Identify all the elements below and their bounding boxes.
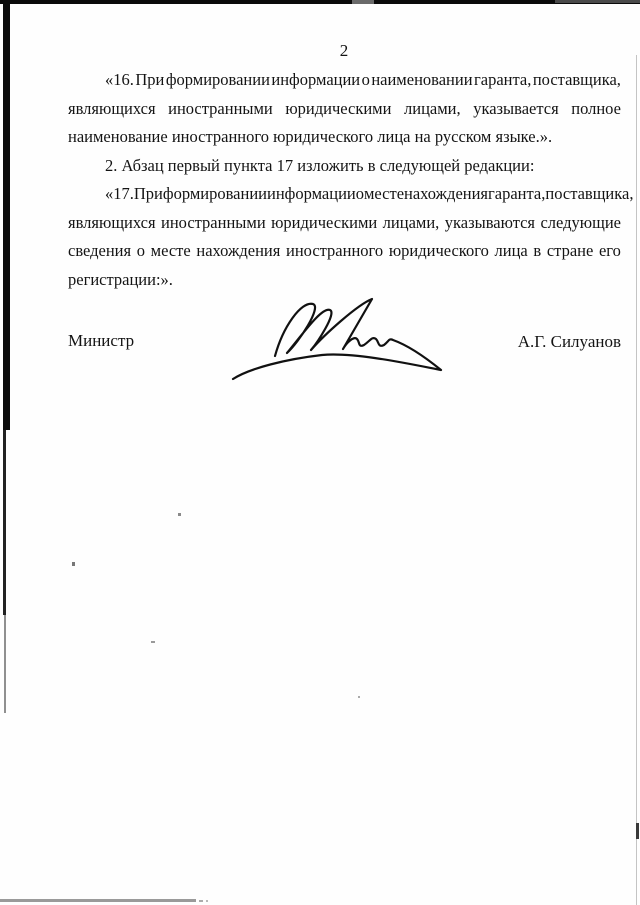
scan-artifact [358, 696, 360, 698]
text-line: 2. Абзац первый пункта 17 изложить в сле… [68, 152, 621, 181]
scan-artifact [178, 513, 181, 516]
document-body: «16.Приформированииинформациионаименован… [68, 66, 621, 294]
scan-border-right [636, 55, 637, 905]
scan-artifact [206, 900, 208, 902]
scan-border-bottom [0, 899, 196, 902]
scan-border-top-fade [352, 0, 374, 4]
text-line: «16.Приформированииинформациионаименован… [68, 66, 621, 95]
scan-artifact [636, 823, 639, 839]
page-number: 2 [0, 41, 640, 61]
scan-border-top-fade [555, 0, 640, 3]
scan-border-left-fade [4, 615, 6, 713]
document-page: 2 «16.Приформированииинформациионаименов… [0, 0, 640, 905]
text-line: являющихсяиностраннымиюридическимилицами… [68, 95, 621, 124]
text-line: наименование иностранного юридического л… [68, 123, 621, 152]
handwritten-signature-icon [225, 293, 455, 398]
scan-border-top [0, 0, 640, 4]
scan-artifact [199, 900, 203, 902]
minister-title: Министр [68, 331, 134, 351]
scan-border-left [3, 430, 6, 615]
text-line: регистрации:». [68, 266, 621, 295]
scan-border-left [3, 0, 10, 430]
text-line: «17.Приформированииинформацииоместенахож… [68, 180, 621, 209]
text-line: сведенияоместенахожденияиностранногоюрид… [68, 237, 621, 266]
text-line: являющихсяиностраннымиюридическимилицами… [68, 209, 621, 238]
scan-artifact [151, 641, 155, 643]
minister-name: А.Г. Силуанов [518, 332, 621, 352]
scan-artifact [72, 562, 75, 566]
